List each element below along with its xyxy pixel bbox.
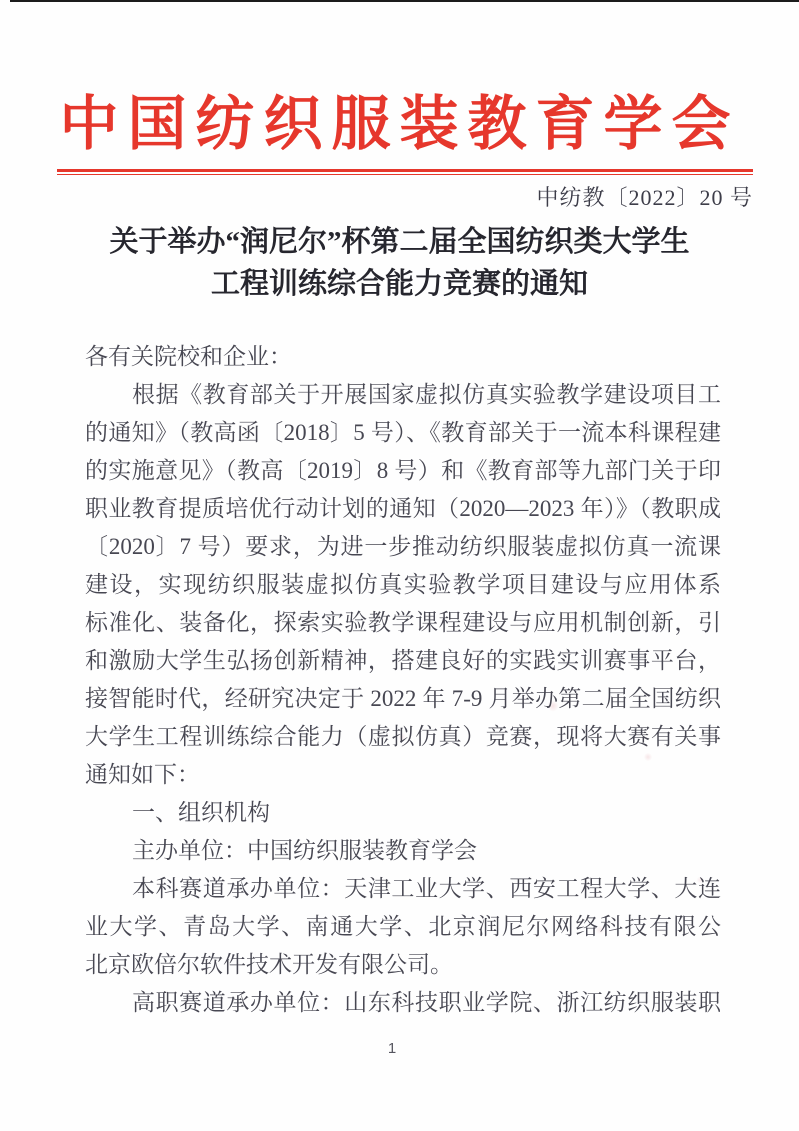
body-line: 各有关院校和企业： — [85, 338, 721, 376]
document-body: 各有关院校和企业： 根据《教育部关于开展国家虚拟仿真实验教学建设项目工作 的通知… — [85, 338, 721, 1022]
body-line: 接智能时代，经研究决定于 2022 年 7-9 月举办第二届全国纺织类 — [85, 680, 721, 718]
scanned-document-page: 中国纺织服装教育学会 中纺教〔2022〕20 号 关于举办“润尼尔”杯第二届全国… — [0, 0, 799, 1131]
body-line: 通知如下： — [85, 756, 721, 794]
body-line: 的实施意见》（教高〔2019〕8 号）和《教育部等九部门关于印发 — [85, 452, 721, 490]
body-line: 北京欧倍尔软件技术开发有限公司。 — [85, 946, 721, 984]
body-line: 高职赛道承办单位：山东科技职业学院、浙江纺织服装职业 — [85, 984, 721, 1022]
document-number: 中纺教〔2022〕20 号 — [536, 181, 753, 212]
body-line: 根据《教育部关于开展国家虚拟仿真实验教学建设项目工作 — [85, 376, 721, 414]
body-line: 〔2020〕7 号）要求，为进一步推动纺织服装虚拟仿真一流课程 — [85, 528, 721, 566]
letterhead-org-name: 中国纺织服装教育学会 — [0, 76, 799, 161]
body-line: 大学生工程训练综合能力（虚拟仿真）竞赛，现将大赛有关事项 — [85, 718, 721, 756]
body-line: 主办单位：中国纺织服装教育学会 — [85, 832, 721, 870]
scan-edge-artifact — [10, 0, 799, 2]
body-line: 标准化、装备化，探索实验教学课程建设与应用机制创新，引导 — [85, 604, 721, 642]
body-line: 的通知》（教高函〔2018〕5 号）、《教育部关于一流本科课程建设 — [85, 414, 721, 452]
page-number: 1 — [0, 1040, 784, 1057]
document-title-line2: 工程训练综合能力竞赛的通知 — [0, 263, 799, 305]
letterhead-divider — [57, 169, 753, 175]
document-title-line1: 关于举办“润尼尔”杯第二届全国纺织类大学生 — [0, 221, 799, 263]
body-line: 职业教育提质培优行动计划的通知（2020—2023 年）》（教职成 — [85, 490, 721, 528]
body-line: 本科赛道承办单位：天津工业大学、西安工程大学、大连工 — [85, 870, 721, 908]
body-line: 和激励大学生弘扬创新精神，搭建良好的实践实训赛事平台，迎 — [85, 642, 721, 680]
body-line: 业大学、青岛大学、南通大学、北京润尼尔网络科技有限公司、 — [85, 908, 721, 946]
body-line: 一、组织机构 — [85, 794, 721, 832]
document-title: 关于举办“润尼尔”杯第二届全国纺织类大学生 工程训练综合能力竞赛的通知 — [0, 221, 799, 305]
body-line: 建设，实现纺织服装虚拟仿真实验教学项目建设与应用体系化、 — [85, 566, 721, 604]
divider-thin-line — [57, 174, 753, 175]
